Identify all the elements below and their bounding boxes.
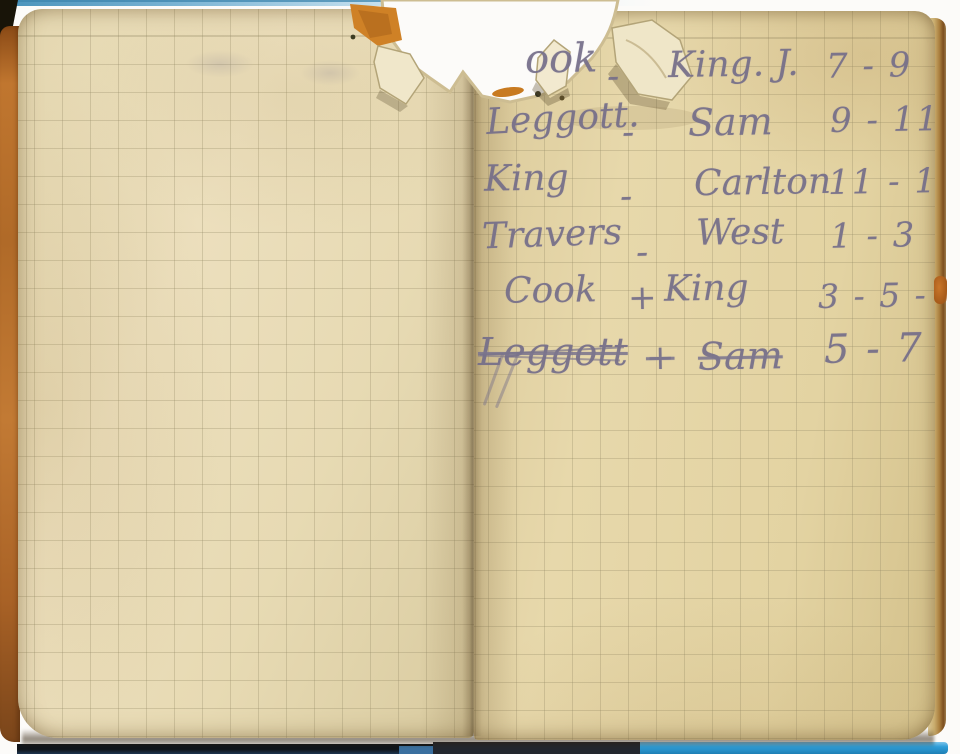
entry-name-right: Carlton [694, 161, 832, 204]
entry-name-right: Sam [698, 333, 783, 378]
entry-separator: - [620, 176, 633, 217]
entry-time: 1 - 3 [830, 215, 917, 257]
rust-chip-right-edge [934, 276, 947, 304]
entry-time: 11 - 1 [828, 161, 939, 203]
pencil-show-through [185, 50, 255, 78]
scanner-band-bottom-left-blue [399, 746, 433, 754]
entry-time: 7 - 9 [826, 45, 913, 87]
entry-name-right: King. J. [668, 43, 799, 86]
entry-name-left: Cook [504, 269, 597, 312]
scanned-notebook: ook - King. J. 7 - 9 Leggott. - Sam 9 - … [0, 0, 960, 754]
entry-name-left: ook [525, 35, 598, 82]
entry-time: 3 - 5 - [818, 275, 928, 316]
entry-name-left: Leggott. [485, 94, 640, 143]
entry-separator: - [607, 56, 620, 97]
entry-time: 5 - 7 [824, 325, 925, 373]
entry-time: 9 - 11 [830, 99, 941, 141]
entry-name-left: King [484, 157, 569, 199]
entry-name-left: Travers [481, 212, 622, 258]
entry-name-right: West [696, 211, 785, 254]
entry-name-right: King [664, 267, 749, 309]
entry-name-left: Leggott [478, 330, 628, 374]
entry-separator: - [622, 112, 635, 153]
entry-separator: - [636, 232, 649, 273]
entry-separator: + [628, 278, 657, 318]
entry-separator: + [646, 338, 675, 378]
book-cover-edge-left [0, 26, 20, 742]
entry-name-right: Sam [688, 99, 773, 144]
tear-speck [351, 35, 356, 40]
